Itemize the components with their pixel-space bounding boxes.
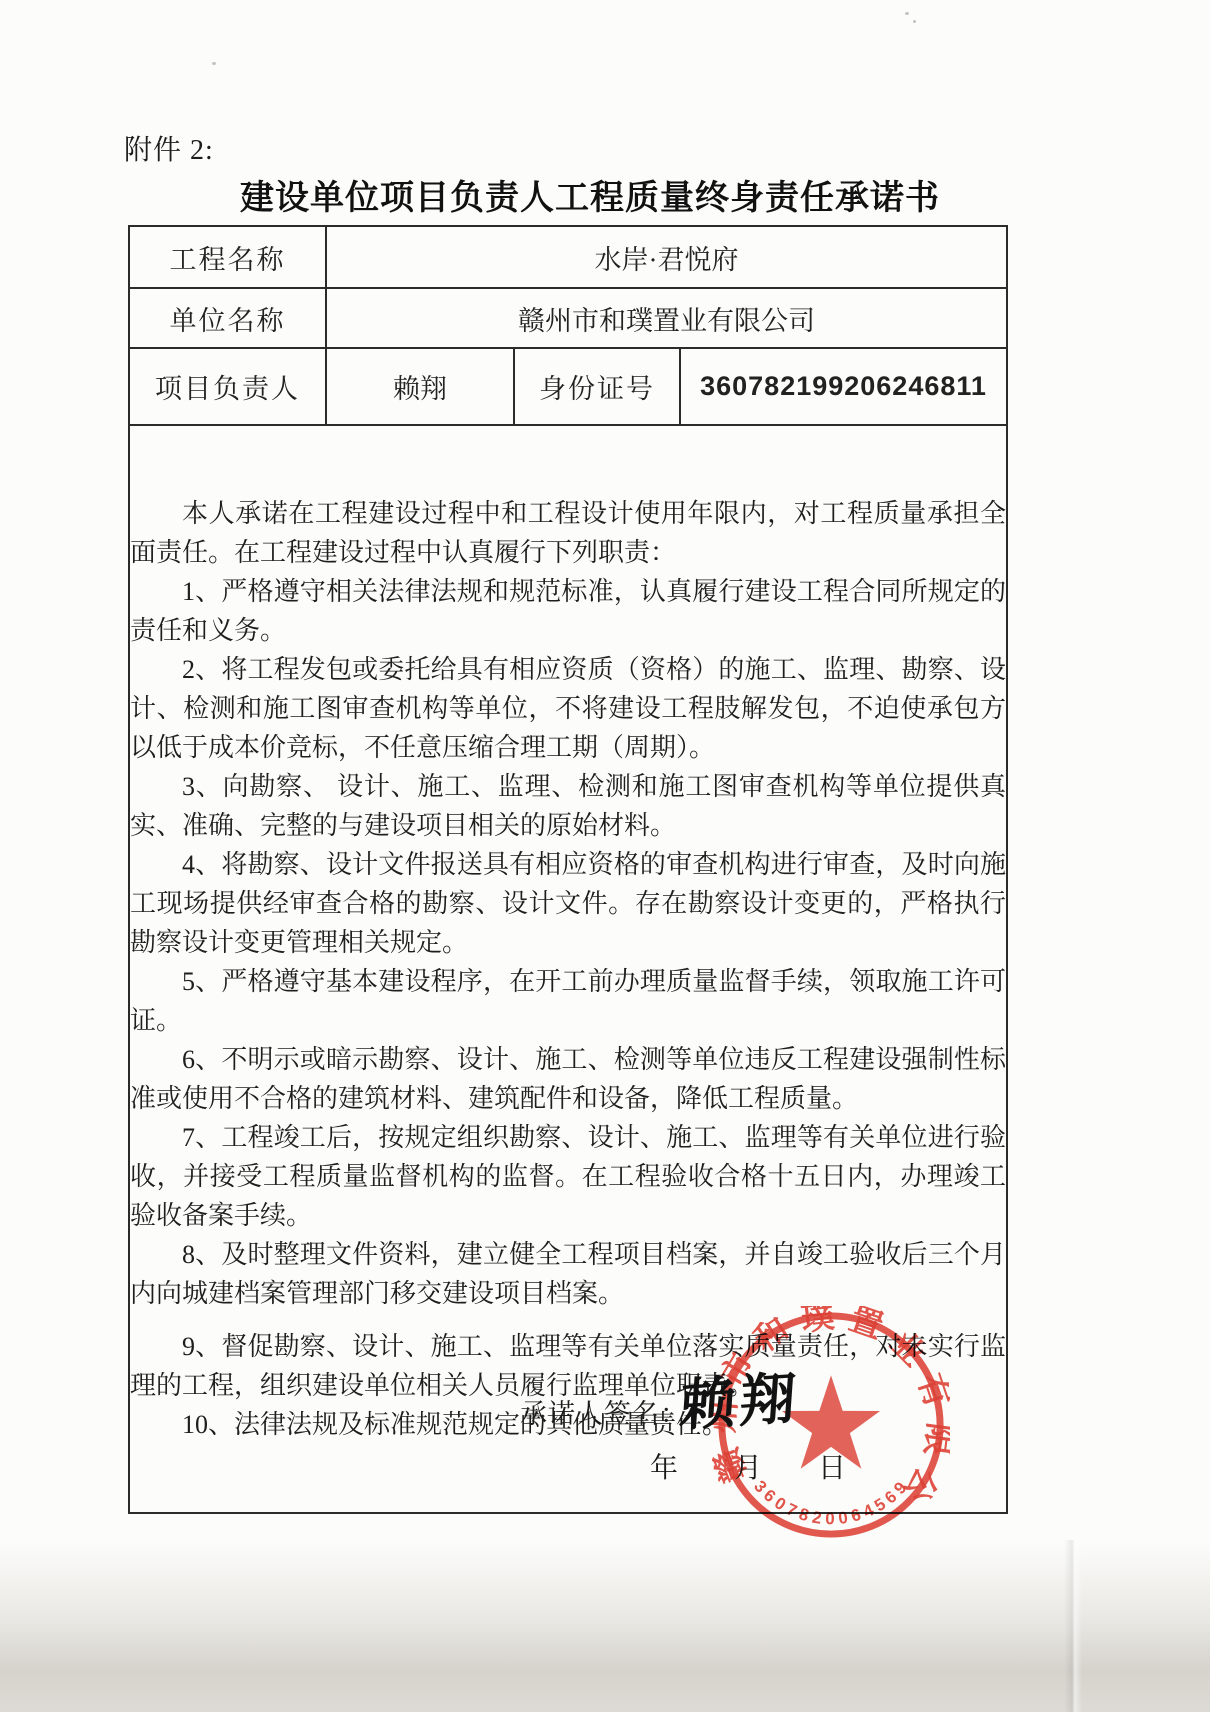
scan-speck [212,62,216,65]
commitment-item: 3、向勘察、 设计、施工、监理、检测和施工图审查机构等单位提供真实、准确、完整的… [130,767,1006,845]
table-row: 工程名称 水岸·君悦府 [129,226,1007,288]
commitment-item: 1、严格遵守相关法律法规和规范标准，认真履行建设工程合同所规定的责任和义务。 [130,572,1006,650]
document-title: 建设单位项目负责人工程质量终身责任承诺书 [140,170,1040,219]
scan-shadow [0,1542,1210,1712]
unit-name-value: 赣州市和璞置业有限公司 [326,288,1007,348]
scan-speck [913,20,916,23]
leader-label: 项目负责人 [129,348,326,425]
commitment-item: 5、严格遵守基本建设程序，在开工前办理质量监督手续，领取施工许可证。 [130,962,1006,1040]
project-name-label: 工程名称 [129,226,326,288]
table-row: 单位名称 赣州市和璞置业有限公司 [129,288,1007,348]
id-number-label: 身份证号 [514,348,680,425]
commitment-item: 6、不明示或暗示勘察、设计、施工、检测等单位违反工程建设强制性标准或使用不合格的… [130,1040,1006,1118]
project-name-value: 水岸·君悦府 [326,226,1007,288]
scan-speck [905,12,909,15]
handwritten-signature: 赖翔 [677,1354,802,1443]
commitment-item: 8、及时整理文件资料，建立健全工程项目档案，并自竣工验收后三个月内向城建档案管理… [130,1235,1006,1313]
leader-name-value: 赖翔 [326,348,514,425]
commitment-item: 7、工程竣工后，按规定组织勘察、设计、施工、监理等有关单位进行验收，并接受工程质… [130,1118,1006,1235]
unit-name-label: 单位名称 [129,288,326,348]
attachment-label: 附件 2: [124,128,214,168]
date-line: 年 月 日 [650,1446,846,1486]
paper-crease [1064,1540,1082,1712]
id-number-value: 360782199206246811 [680,348,1007,425]
commitment-item: 2、将工程发包或委托给具有相应资质（资格）的施工、监理、勘察、设计、检测和施工图… [130,650,1006,767]
scanned-document-page: 附件 2: 建设单位项目负责人工程质量终身责任承诺书 工程名称 水岸·君悦府 单… [0,0,1210,1712]
signature-label: 承诺人签名： [520,1392,688,1431]
commitment-intro: 本人承诺在工程建设过程中和工程设计使用年限内，对工程质量承担全面责任。在工程建设… [130,494,1006,572]
commitment-item: 4、将勘察、设计文件报送具有相应资格的审查机构进行审查，及时向施工现场提供经审查… [130,845,1006,962]
table-row: 项目负责人 赖翔 身份证号 360782199206246811 [129,348,1007,425]
